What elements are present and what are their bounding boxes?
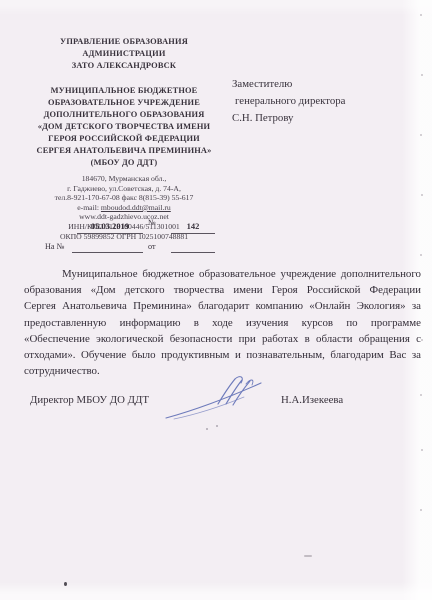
scan-speck bbox=[421, 74, 423, 76]
letter-body: Муниципальное бюджетное образовательное … bbox=[24, 266, 421, 379]
scan-speck bbox=[216, 425, 218, 427]
reference-block: 05.03.2019 № 142 На № от bbox=[0, 0, 432, 260]
scan-speck bbox=[420, 14, 422, 16]
reply-number-underline bbox=[72, 252, 143, 253]
signer-name: Н.А.Изекеева bbox=[281, 394, 343, 406]
addressee-position-2: генерального директора bbox=[232, 93, 345, 110]
addressee-position: Заместителю bbox=[232, 76, 345, 93]
scan-speck bbox=[206, 428, 208, 430]
addressee-block: Заместителю генерального директора С.Н. … bbox=[232, 76, 345, 127]
scan-speck bbox=[421, 194, 423, 196]
number-sign: № bbox=[148, 218, 156, 227]
scanned-letter-page: УПРАВЛЕНИЕ ОБРАЗОВАНИЯ АДМИНИСТРАЦИИ ЗАТ… bbox=[0, 0, 432, 600]
addressee-name: С.Н. Петрову bbox=[232, 110, 345, 127]
scan-speck bbox=[421, 449, 423, 451]
scan-speck bbox=[420, 254, 422, 256]
scan-speck bbox=[64, 582, 67, 586]
number-underline bbox=[171, 233, 215, 234]
signer-title: Директор МБОУ ДО ДДТ bbox=[30, 394, 149, 406]
scan-speck bbox=[420, 394, 422, 396]
scan-mark bbox=[304, 555, 312, 557]
reply-to-label: На № bbox=[45, 242, 64, 251]
letter-date: 05.03.2019 bbox=[77, 221, 143, 231]
handwritten-signature bbox=[158, 374, 270, 426]
scan-speck bbox=[420, 134, 422, 136]
reply-from-label: от bbox=[148, 242, 156, 251]
scan-speck bbox=[420, 509, 422, 511]
reply-date-underline bbox=[171, 252, 215, 253]
date-underline bbox=[77, 233, 143, 234]
scan-speck bbox=[421, 339, 423, 341]
letter-number: 142 bbox=[171, 221, 215, 231]
